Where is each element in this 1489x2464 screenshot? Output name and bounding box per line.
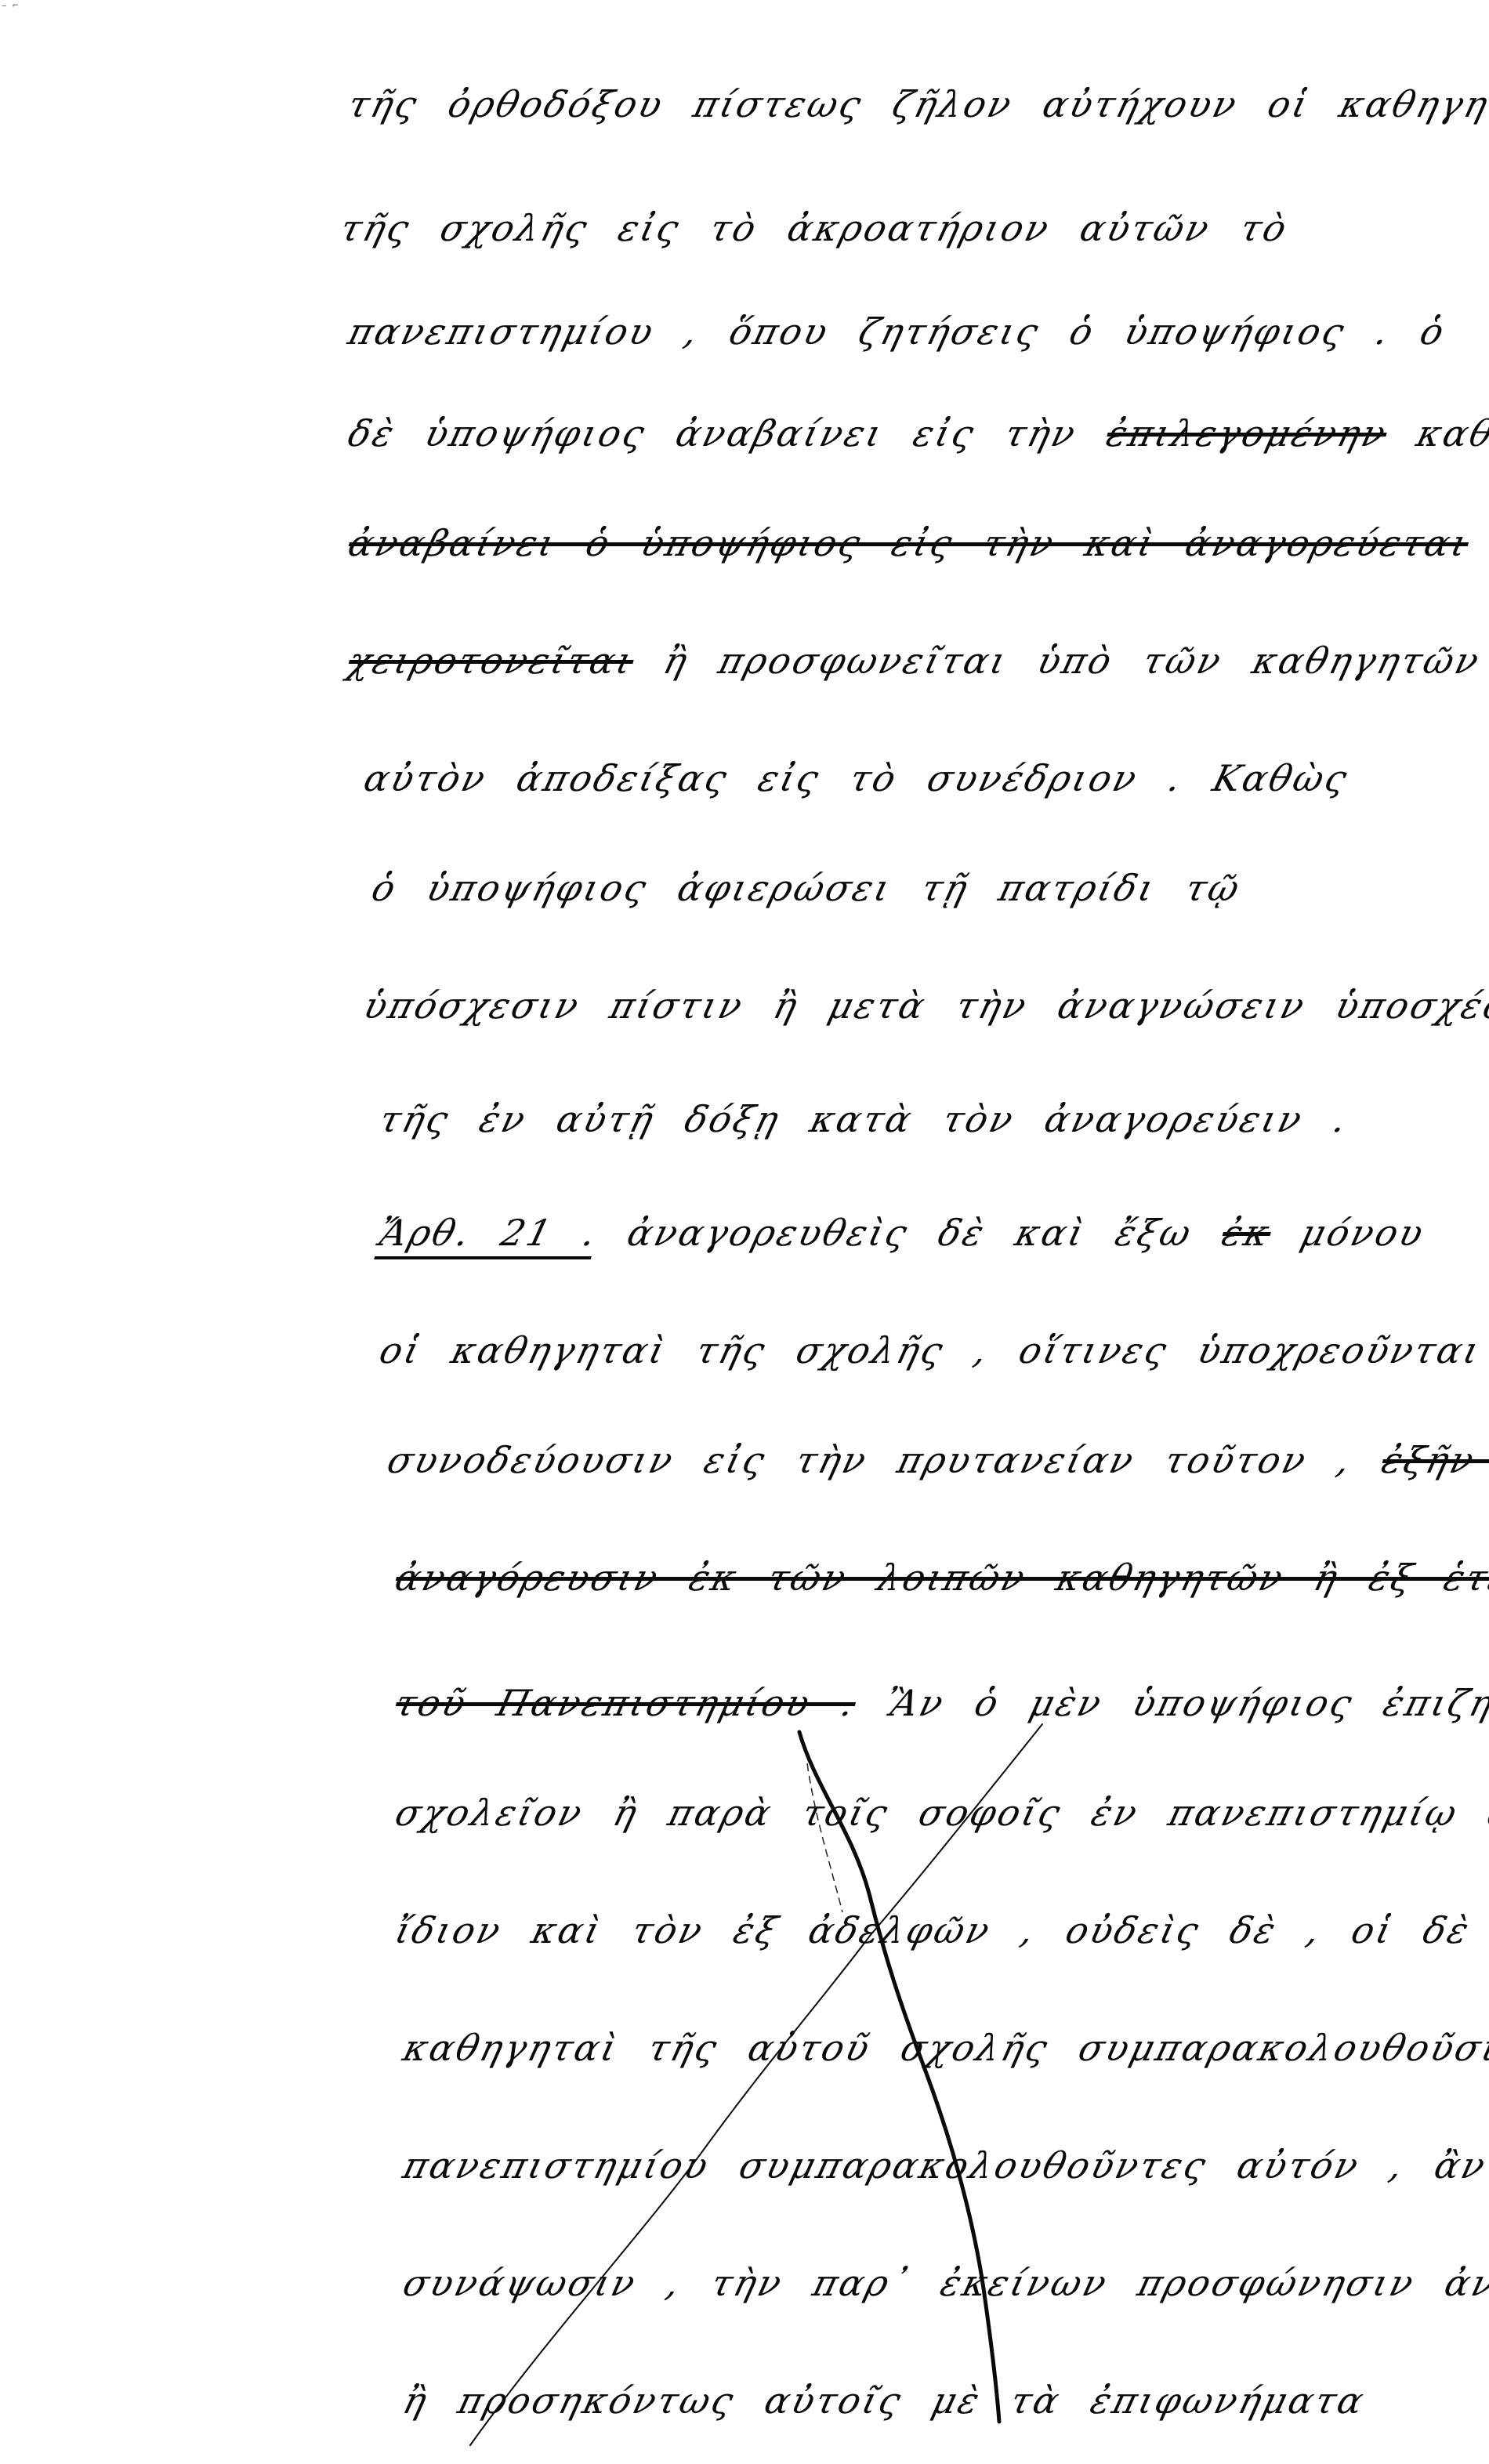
struck-text: ἐξῆν ἢ οἱ	[1378, 1439, 1489, 1481]
manuscript-line: ὑπόσχεσιν πίστιν ἢ μετὰ τὴν ἀναγνώσειν ὑ…	[360, 987, 1489, 1024]
line-text: συνάψωσιν , τὴν παρ᾽ ἐκείνων προσφώνησιν…	[399, 2262, 1489, 2304]
line-text: πανεπιστημίου συμπαρακολουθοῦντες αὐτόν …	[399, 2144, 1489, 2187]
line-text: ἴδιον καὶ τὸν ἐξ ἀδελφῶν , οὐδεὶς δὲ , ο…	[391, 1909, 1489, 1951]
manuscript-line: τῆς σχολῆς εἰς τὸ ἀκροατήριον αὐτῶν τὸ	[337, 210, 1292, 246]
line-text: σχολεῖον ἢ παρὰ τοῖς σοφοῖς ἐν πανεπιστη…	[391, 1792, 1489, 1834]
line-text: καθηγηταὶ τῆς αὐτοῦ σχολῆς συμπαρακολουθ…	[399, 2027, 1489, 2069]
article-heading: Ἄρθ. 21 .	[375, 1212, 603, 1254]
manuscript-page: τῆς ὀρθοδόξου πίστεως ζῆλον αὐτήχουν οἱ …	[0, 0, 1489, 2464]
line-text: καθέδραν	[1412, 412, 1489, 455]
line-text: συνοδεύουσιν εἰς τὴν πρυτανείαν τοῦτον ,	[383, 1439, 1357, 1481]
line-text: τῆς ὀρθοδόξου πίστεως ζῆλον αὐτήχουν οἱ …	[344, 83, 1489, 125]
struck-text: ἐκ	[1218, 1212, 1276, 1254]
line-text: ὑπόσχεσιν πίστιν ἢ μετὰ τὴν ἀναγνώσειν ὑ…	[360, 984, 1489, 1027]
manuscript-line: ἀναγόρευσιν ἐκ τῶν λοιπῶν καθηγητῶν ἢ ἐξ…	[392, 1560, 1489, 1596]
line-text: οἱ καθηγηταὶ τῆς σχολῆς , οἵτινες ὑποχρε…	[375, 1329, 1489, 1372]
line-text: τῆς ἐν αὐτῇ δόξῃ κατὰ τὸν ἀναγορεύειν .	[375, 1098, 1353, 1140]
manuscript-line: Ἄρθ. 21 . ἀναγορευθεὶς δὲ καὶ ἔξω ἐκ μόν…	[376, 1215, 1429, 1251]
manuscript-line: καθηγηταὶ τῆς αὐτοῦ σχολῆς συμπαρακολουθ…	[400, 2030, 1489, 2066]
line-text: αὐτὸν ἀποδείξας εἰς τὸ συνέδριον . Καθὼς	[360, 757, 1353, 799]
manuscript-line: οἱ καθηγηταὶ τῆς σχολῆς , οἵτινες ὑποχρε…	[376, 1332, 1489, 1368]
manuscript-line: συνάψωσιν , τὴν παρ᾽ ἐκείνων προσφώνησιν…	[400, 2265, 1489, 2301]
struck-text: ἐπιλεγομένην	[1103, 412, 1393, 455]
manuscript-line: τοῦ Πανεπιστημίου . Ἂν ὁ μὲν ὑποψήφιος ἐ…	[392, 1685, 1489, 1721]
manuscript-line: αὐτὸν ἀποδείξας εἰς τὸ συνέδριον . Καθὼς	[360, 760, 1353, 796]
manuscript-line: χειροτονεῖται ἢ προσφωνεῖται ὑπὸ τῶν καθ…	[345, 643, 1489, 679]
manuscript-line: πανεπιστημίου , ὅπου ζητήσεις ὁ ὑποψήφιο…	[345, 313, 1450, 350]
line-text: ἢ προσφωνεῖται ὑπὸ τῶν καθηγητῶν προσφων…	[659, 640, 1489, 682]
struck-text: ἀναγόρευσιν ἐκ τῶν λοιπῶν καθηγητῶν ἢ ἐξ…	[391, 1556, 1489, 1599]
line-text: ἀναγορευθεὶς δὲ καὶ ἔξω	[623, 1212, 1197, 1254]
manuscript-line: ἴδιον καὶ τὸν ἐξ ἀδελφῶν , οὐδεὶς δὲ , ο…	[392, 1912, 1489, 1948]
line-text: ἢ προσηκόντως αὐτοῖς μὲ τὰ ἐπιφωνήματα	[399, 2379, 1370, 2422]
manuscript-line: ἢ προσηκόντως αὐτοῖς μὲ τὰ ἐπιφωνήματα	[400, 2382, 1369, 2419]
manuscript-line: ὁ ὑποψήφιος ἀφιερώσει τῇ πατρίδι τῷ	[368, 870, 1245, 906]
struck-text: χειροτονεῖται	[344, 640, 639, 682]
manuscript-line: συνοδεύουσιν εἰς τὴν πρυτανείαν τοῦτον ,…	[384, 1442, 1489, 1478]
struck-text: ἀναβαίνει ὁ ὑποψήφιος εἰς τὴν καὶ ἀναγορ…	[344, 522, 1474, 564]
manuscript-line: ἀναβαίνει ὁ ὑποψήφιος εἰς τὴν καὶ ἀναγορ…	[345, 525, 1473, 561]
struck-text: τοῦ Πανεπιστημίου .	[391, 1682, 861, 1724]
line-text: πανεπιστημίου , ὅπου ζητήσεις ὁ ὑποψήφιο…	[344, 310, 1451, 353]
manuscript-line: τῆς ὀρθοδόξου πίστεως ζῆλον αὐτήχουν οἱ …	[345, 86, 1489, 122]
line-text: Ἂν ὁ μὲν ὑποψήφιος ἐπιζητῇ	[882, 1682, 1489, 1724]
line-text: τῆς σχολῆς εἰς τὸ ἀκροατήριον αὐτῶν τὸ	[336, 207, 1293, 249]
line-text: δὲ ὑποψήφιος ἀναβαίνει εἰς τὴν	[344, 412, 1081, 455]
manuscript-line: σχολεῖον ἢ παρὰ τοῖς σοφοῖς ἐν πανεπιστη…	[392, 1795, 1489, 1831]
line-text: ὁ ὑποψήφιος ἀφιερώσει τῇ πατρίδι τῷ	[368, 867, 1246, 909]
line-text: μόνου	[1296, 1212, 1429, 1254]
manuscript-line: δὲ ὑποψήφιος ἀναβαίνει εἰς τὴν ἐπιλεγομέ…	[345, 415, 1489, 451]
manuscript-line: τῆς ἐν αὐτῇ δόξῃ κατὰ τὸν ἀναγορεύειν .	[376, 1101, 1353, 1137]
manuscript-line: πανεπιστημίου συμπαρακολουθοῦντες αὐτόν …	[400, 2147, 1489, 2183]
